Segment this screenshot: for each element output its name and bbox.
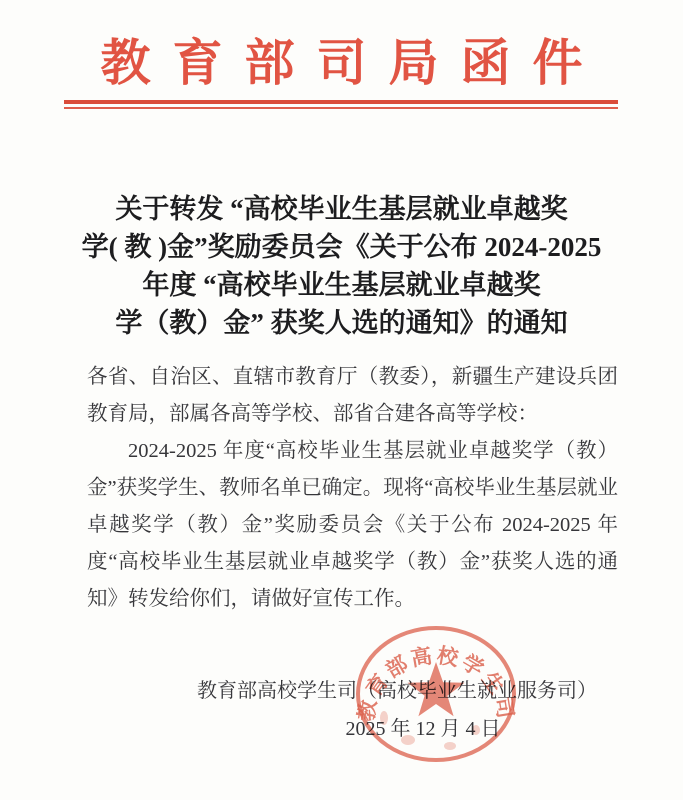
- letterhead-rule-thin: [64, 107, 618, 109]
- date: 2025 年 12 月 4 日: [197, 710, 597, 748]
- signature: 教育部高校学生司（高校毕业生就业服务司）: [197, 672, 597, 710]
- body-text: 各省、自治区、直辖市教育厅（教委），新疆生产建设兵团教育局，部属各高等学校、部省…: [87, 359, 618, 618]
- title-line-3: 年度 “高校毕业生基层就业卓越奖: [30, 266, 653, 304]
- salutation: 各省、自治区、直辖市教育厅（教委），新疆生产建设兵团教育局，部属各高等学校、部省…: [87, 359, 618, 433]
- document-page: 教育部司局函件 关于转发 “高校毕业生基层就业卓越奖 学( 教 )金”奖励委员会…: [0, 0, 683, 800]
- letterhead-rule: [64, 100, 618, 109]
- title-line-4: 学（教）金” 获奖人选的通知》的通知: [30, 304, 653, 342]
- letterhead-title: 教育部司局函件: [0, 36, 683, 91]
- body-paragraph: 2024-2025 年度“高校毕业生基层就业卓越奖学（教）金”获奖学生、教师名单…: [87, 433, 618, 618]
- title-line-1: 关于转发 “高校毕业生基层就业卓越奖: [30, 190, 653, 228]
- title-line-2: 学( 教 )金”奖励委员会《关于公布 2024-2025: [30, 228, 653, 266]
- closing-block: 教育部高校学生司（高校毕业生就业服务司） 2025 年 12 月 4 日: [197, 672, 597, 748]
- letterhead-rule-thick: [64, 100, 618, 104]
- document-title: 关于转发 “高校毕业生基层就业卓越奖 学( 教 )金”奖励委员会《关于公布 20…: [30, 190, 653, 342]
